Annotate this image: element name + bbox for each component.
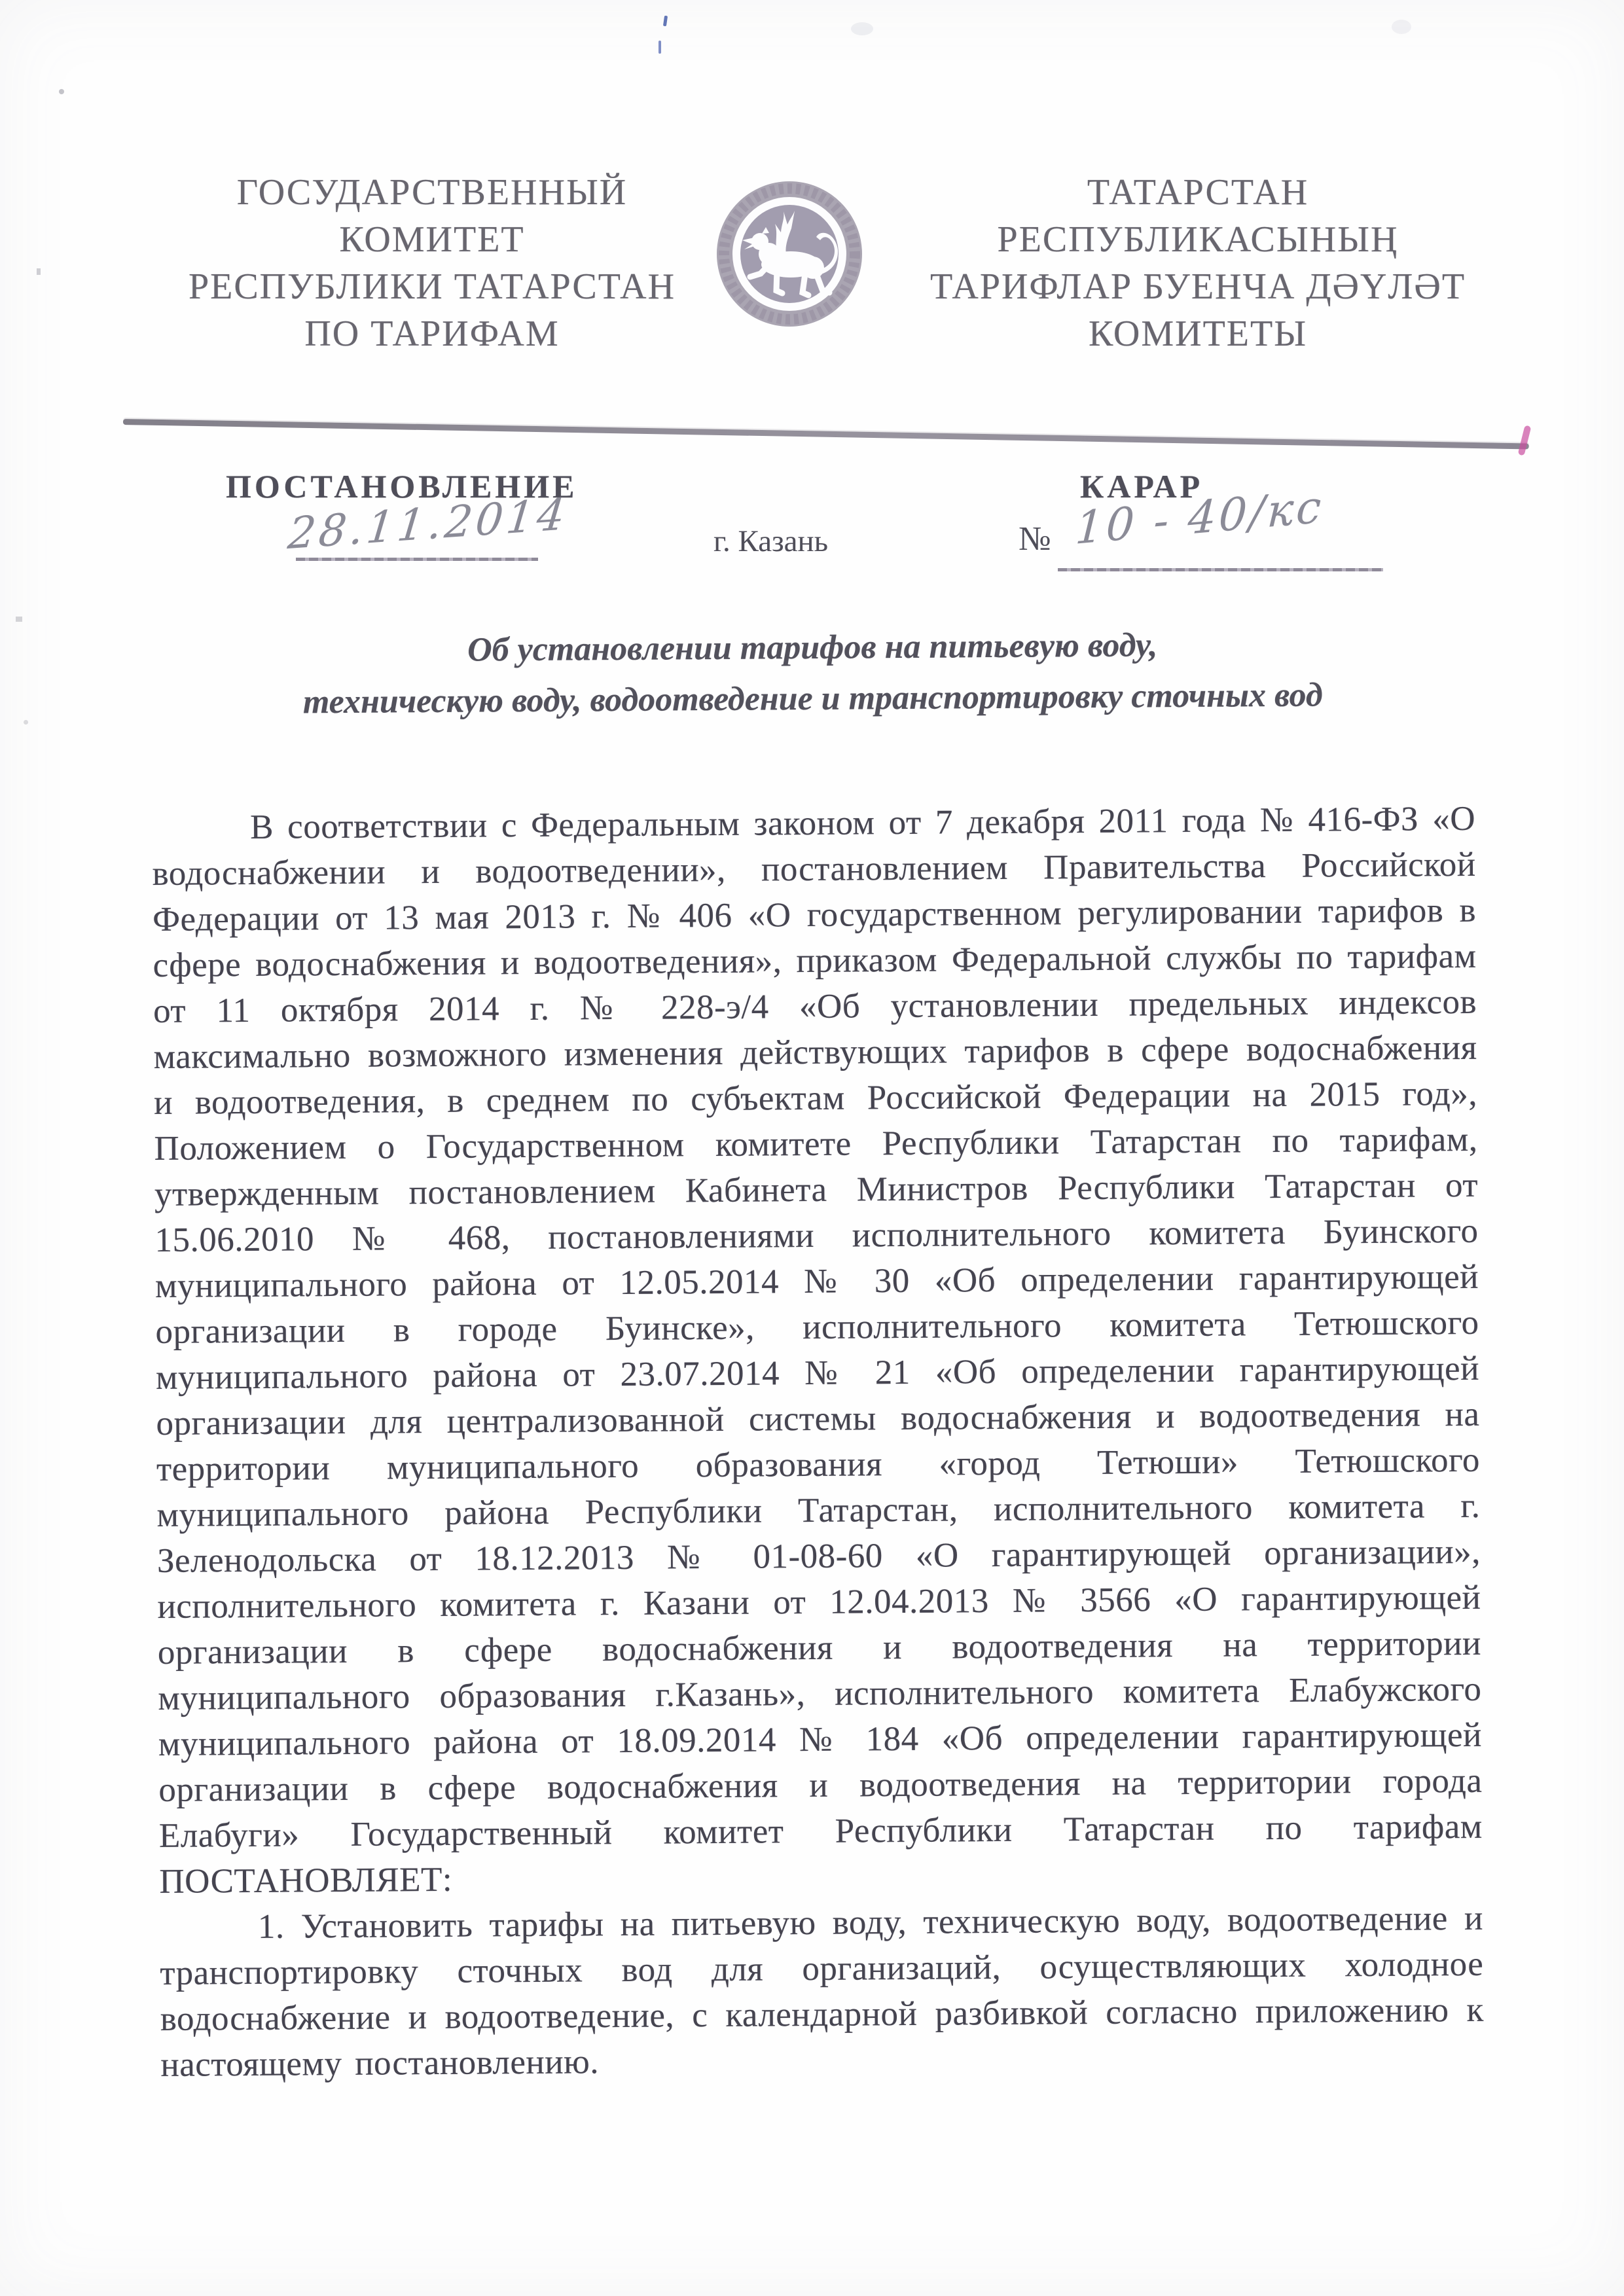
scanned-decree-page: ГОСУДАРСТВЕННЫЙ КОМИТЕТ РЕСПУБЛИКИ ТАТАР… xyxy=(0,0,1624,2296)
document-title-line: Об установлении тарифов на питьевую воду… xyxy=(151,618,1474,678)
org-name-tt-line: ТАТАРСТАН xyxy=(893,169,1502,216)
org-name-ru-line: ПО ТАРИФАМ xyxy=(121,310,743,357)
scan-smudge xyxy=(851,22,873,35)
number-sign: № xyxy=(1019,520,1051,558)
org-name-tatar: ТАТАРСТАН РЕСПУБЛИКАСЫНЫҢ ТАРИФЛАР БУЕНЧ… xyxy=(893,169,1502,357)
org-name-ru-line: РЕСПУБЛИКИ ТАТАРСТАН xyxy=(121,263,743,310)
pink-pen-mark xyxy=(1518,425,1532,456)
org-name-russian: ГОСУДАРСТВЕННЫЙ КОМИТЕТ РЕСПУБЛИКИ ТАТАР… xyxy=(121,169,743,357)
document-title-line: техническую воду, водоотведение и трансп… xyxy=(151,669,1475,729)
resolution-item-1: 1. Установить тарифы на питьевую воду, т… xyxy=(160,1895,1485,2088)
document-body: В соответствии с Федеральным законом от … xyxy=(152,796,1485,2088)
tatarstan-emblem-seal xyxy=(713,178,865,330)
place-of-issue: г. Казань xyxy=(713,524,828,559)
scan-speck xyxy=(16,617,22,622)
scan-speck xyxy=(37,268,41,275)
letterhead-divider-rule xyxy=(123,419,1529,449)
org-name-ru-line: ГОСУДАРСТВЕННЫЙ xyxy=(121,169,743,216)
org-name-tt-line: РЕСПУБЛИКАСЫНЫҢ xyxy=(893,216,1502,263)
scan-speck xyxy=(24,720,28,725)
date-underline xyxy=(296,558,538,561)
document-title: Об установлении тарифов на питьевую воду… xyxy=(151,618,1475,729)
document-content: Об установлении тарифов на питьевую воду… xyxy=(151,618,1485,2088)
preamble-paragraph: В соответствии с Федеральным законом от … xyxy=(152,796,1483,1905)
number-underline xyxy=(1058,568,1383,571)
scan-smudge xyxy=(1392,20,1411,34)
scan-speck xyxy=(59,89,64,94)
scan-speck xyxy=(663,16,668,27)
scan-speck xyxy=(659,41,661,54)
org-name-ru-line: КОМИТЕТ xyxy=(121,216,743,263)
winged-snow-leopard-icon xyxy=(713,178,865,330)
org-name-tt-line: ТАРИФЛАР БУЕНЧА ДӘҮЛӘТ xyxy=(893,263,1502,310)
org-name-tt-line: КОМИТЕТЫ xyxy=(893,310,1502,357)
